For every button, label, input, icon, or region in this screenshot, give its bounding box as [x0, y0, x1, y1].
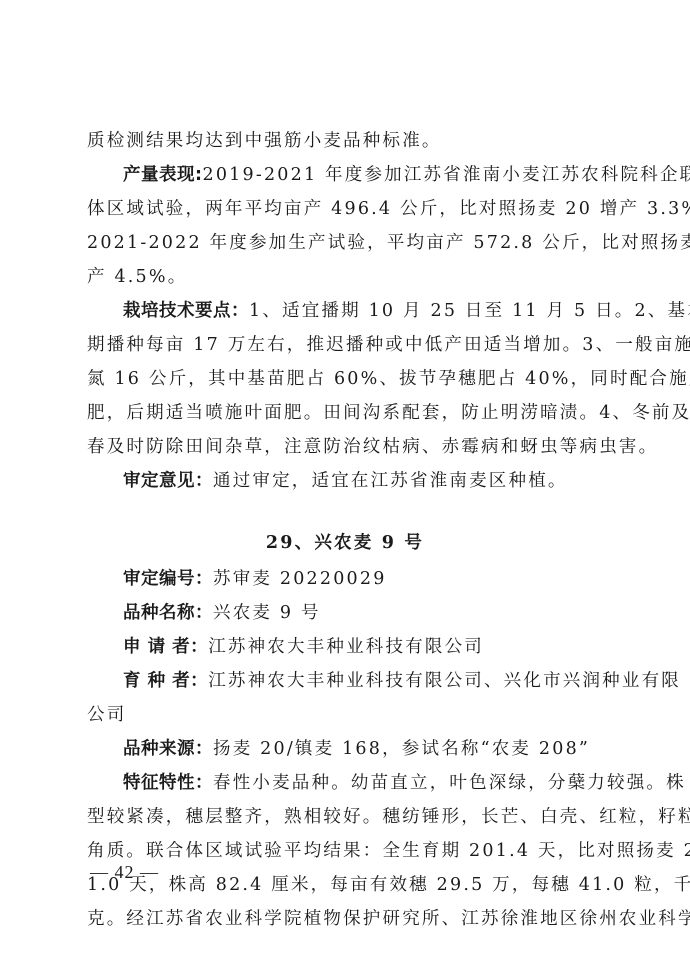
- cultivation-paragraph-line: 肥，后期适当喷施叶面肥。田间沟系配套，防止明涝暗渍。4、冬前及早: [87, 396, 603, 430]
- quality-paragraph-tail: 质检测结果均达到中强筋小麦品种标准。: [87, 124, 603, 158]
- opinion-paragraph: 审定意见：通过审定，适宜在江苏省淮南麦区种植。: [87, 464, 603, 498]
- traits-paragraph-line: 型较紧凑，穗层整齐，熟相较好。穗纺锤形，长芒、白壳、红粒，籽粒: [87, 800, 603, 834]
- cultivation-paragraph-line: 氮 16 公斤，其中基苗肥占 60%、拔节孕穗肥占 40%，同时配合施用磷钾: [87, 362, 603, 396]
- cultivation-paragraph-line: 栽培技术要点：1、适宜播期 10 月 25 日至 11 月 5 日。2、基本苗适: [87, 294, 603, 328]
- field-value: 苏审麦 20220029: [213, 569, 387, 589]
- section-spacer: [87, 498, 603, 512]
- field-label: 申 请 者：: [123, 637, 208, 657]
- yield-paragraph-line: 产量表现:2019-2021 年度参加江苏省淮南小麦江苏农科院科企联合: [87, 158, 603, 192]
- breeder-label: 育 种 者：: [123, 671, 208, 691]
- source-paragraph: 品种来源：扬麦 20/镇麦 168，参试名称“农麦 208”: [87, 732, 603, 766]
- yield-label: 产量表现:: [123, 165, 203, 185]
- traits-paragraph-line: 角质。联合体区域试验平均结果：全生育期 201.4 天，比对照扬麦 20 短: [87, 834, 603, 868]
- yield-paragraph-line: 产 4.5%。: [87, 260, 603, 294]
- field-variety-name: 品种名称：兴农麦 9 号: [87, 596, 603, 630]
- field-label: 品种名称：: [123, 603, 213, 623]
- traits-paragraph-line: 1.0 天，株高 82.4 厘米，每亩有效穗 29.5 万，每穗 41.0 粒，…: [87, 868, 603, 902]
- yield-paragraph-line: 体区域试验，两年平均亩产 496.4 公斤，比对照扬麦 20 增产 3.3%。: [87, 192, 603, 226]
- traits-paragraph-line: 克。经江苏省农业科学院植物保护研究所、江苏徐淮地区徐州农业科学: [87, 902, 603, 936]
- field-approval-number: 审定编号：苏审麦 20220029: [87, 562, 603, 596]
- field-label: 审定编号：: [123, 569, 213, 589]
- cultivation-paragraph-line: 期播种每亩 17 万左右，推迟播种或中低产田适当增加。3、一般亩施纯: [87, 328, 603, 362]
- breeder-paragraph-line: 公司: [87, 698, 603, 732]
- yield-paragraph-line: 2021-2022 年度参加生产试验，平均亩产 572.8 公斤，比对照扬麦 2…: [87, 226, 603, 260]
- opinion-label: 审定意见：: [123, 471, 213, 491]
- page-number: — 42 —: [90, 862, 159, 883]
- cultivation-paragraph-line: 春及时防除田间杂草，注意防治纹枯病、赤霉病和蚜虫等病虫害。: [87, 430, 603, 464]
- section-title: 29、兴农麦 9 号: [87, 526, 603, 560]
- traits-label: 特征特性：: [123, 773, 213, 793]
- breeder-paragraph-line: 育 种 者：江苏神农大丰种业科技有限公司、兴化市兴润种业有限: [87, 664, 603, 698]
- field-value: 江苏神农大丰种业科技有限公司: [208, 637, 484, 657]
- traits-paragraph-line: 特征特性：春性小麦品种。幼苗直立，叶色深绿，分蘖力较强。株: [87, 766, 603, 800]
- cultivation-label: 栽培技术要点：: [123, 301, 249, 321]
- field-value: 兴农麦 9 号: [213, 603, 321, 623]
- field-applicant: 申 请 者：江苏神农大丰种业科技有限公司: [87, 630, 603, 664]
- document-page: 质检测结果均达到中强筋小麦品种标准。 产量表现:2019-2021 年度参加江苏…: [87, 124, 603, 936]
- source-label: 品种来源：: [123, 739, 213, 759]
